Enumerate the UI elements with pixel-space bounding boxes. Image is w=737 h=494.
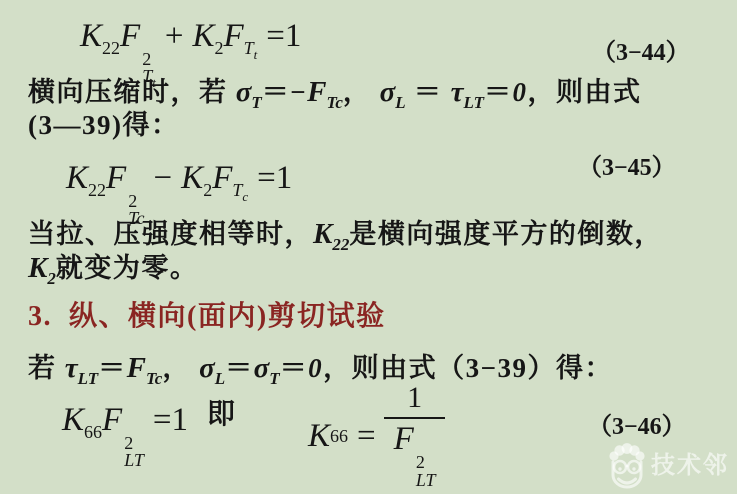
minus-operator: −	[154, 160, 173, 196]
K2-base: K	[192, 18, 214, 54]
sigma-L-symbol: σ	[380, 76, 396, 108]
F2-sub-T: T	[232, 180, 242, 200]
F-subscript: Tc	[327, 93, 343, 112]
text-run: ，则由式（3−39）得：	[323, 353, 613, 383]
text-run: 横向压缩时，若	[28, 77, 236, 107]
K-base: K	[66, 160, 88, 196]
paragraph-shear-condition: 若 τLT＝FTc， σL＝σT＝0，则由式（3−39）得：	[28, 352, 613, 389]
F-base: F	[102, 402, 122, 438]
sigma-L-symbol: σ	[199, 352, 215, 384]
section-heading-shear-test: 3. 纵、横向(面内)剪切试验	[28, 294, 386, 334]
heading-text: 纵、横向(面内)剪切试验	[69, 301, 386, 332]
text-run: 得：	[122, 110, 179, 140]
equals: ＝	[406, 77, 451, 107]
equals: ＝	[280, 353, 309, 383]
text-run: 若	[28, 353, 65, 383]
plus-operator: +	[165, 18, 184, 54]
equation-number-3-44: （3−44）	[592, 32, 690, 67]
heading-number: 3.	[28, 301, 52, 332]
F-scripts: 2LT	[124, 435, 144, 469]
text-run: 当拉、压强度相等时，	[28, 219, 313, 249]
paragraph-equal-strength-line2: K2就变为零。	[28, 252, 198, 289]
K-base: K	[62, 402, 84, 438]
K22-subscript: 22	[332, 235, 349, 254]
K-base: K	[308, 420, 330, 453]
F-subscript: LT	[416, 472, 436, 489]
F-superscript: 2	[416, 454, 425, 471]
paragraph-transverse-compression-line2: (3—39)得：	[28, 110, 179, 141]
watermark: 技术邻	[606, 442, 729, 490]
F-base: F	[106, 160, 126, 196]
F-symbol: F	[307, 76, 326, 108]
comma: ，	[343, 77, 380, 107]
tau-symbol: τ	[451, 76, 464, 108]
tau-subscript: LT	[78, 369, 98, 388]
equals: ＝	[98, 353, 127, 383]
equation-number-3-46: （3−46）	[588, 406, 686, 441]
equals: =	[357, 420, 376, 453]
zero: 0	[308, 353, 323, 383]
F-symbol: F	[127, 352, 146, 384]
text-run: ，则由式	[528, 77, 642, 107]
sigma-subscript: T	[251, 93, 261, 112]
F2-subsub-t: t	[254, 47, 258, 62]
equals-one: =1	[153, 402, 188, 438]
K22-symbol: K	[313, 218, 332, 250]
F2-subscript: Tt	[244, 38, 258, 58]
equation-3-46-left: K66F2LT=1	[62, 404, 188, 469]
sigma-L-subscript: L	[215, 369, 225, 388]
K2-subscript: 2	[203, 180, 212, 200]
F-base: F	[394, 421, 414, 457]
equation-ref-3-39: (3—39)	[28, 110, 122, 140]
K2-base: K	[181, 160, 203, 196]
watermark-text: 技术邻	[651, 454, 729, 478]
fraction-numerator: 1	[403, 383, 426, 417]
slide: K22F2Tt+K2FTt=1 （3−44） 横向压缩时，若 σT＝−FTc， …	[0, 0, 737, 494]
sigma-T-symbol: σ	[254, 352, 270, 384]
F2-base: F	[212, 160, 232, 196]
F2-subscript: Tc	[232, 180, 248, 200]
equals: ＝	[484, 77, 513, 107]
F-scripts: 2LT	[416, 454, 436, 488]
equation-3-46-right: K66=1F2LT	[308, 398, 445, 474]
K2-subscript: 2	[47, 269, 56, 288]
K-subscript: 22	[88, 180, 106, 200]
tau-symbol: τ	[65, 352, 78, 384]
paragraph-transverse-compression-line1: 横向压缩时，若 σT＝−FTc， σL ＝ τLT＝0，则由式	[28, 76, 642, 113]
fraction: 1F2LT	[384, 383, 446, 488]
F2-subsub-c: c	[242, 189, 248, 204]
heading-spacer	[52, 301, 69, 332]
jishulin-logo-icon	[606, 442, 648, 490]
equals: ＝	[225, 353, 254, 383]
text-run: 就变为零。	[56, 253, 199, 283]
K-subscript: 66	[84, 422, 102, 442]
sigma-symbol: σ	[236, 76, 252, 108]
F2-base: F	[223, 18, 243, 54]
F2-sub-T: T	[244, 38, 254, 58]
K2-symbol: K	[28, 252, 47, 284]
equals-one: =1	[266, 18, 301, 54]
equals-minus: ＝−	[262, 77, 307, 107]
text-run: 是横向强度平方的倒数，	[349, 219, 663, 249]
F-subscript: Tc	[146, 369, 162, 388]
equation-number-3-45: （3−45）	[578, 147, 676, 182]
fraction-denominator: F2LT	[384, 417, 446, 488]
F-subscript: LT	[124, 452, 144, 469]
tau-subscript: LT	[464, 93, 484, 112]
K-base: K	[80, 18, 102, 54]
sigma-T-subscript: T	[269, 369, 279, 388]
connector-ji: 即	[207, 399, 237, 431]
K-subscript: 66	[330, 427, 348, 445]
comma: ，	[162, 353, 199, 383]
paragraph-equal-strength-line1: 当拉、压强度相等时，K22是横向强度平方的倒数，	[28, 218, 663, 255]
zero: 0	[513, 77, 528, 107]
F-base: F	[120, 18, 140, 54]
sigma-L-subscript: L	[395, 93, 405, 112]
K-subscript: 22	[102, 38, 120, 58]
equals-one: =1	[257, 160, 292, 196]
